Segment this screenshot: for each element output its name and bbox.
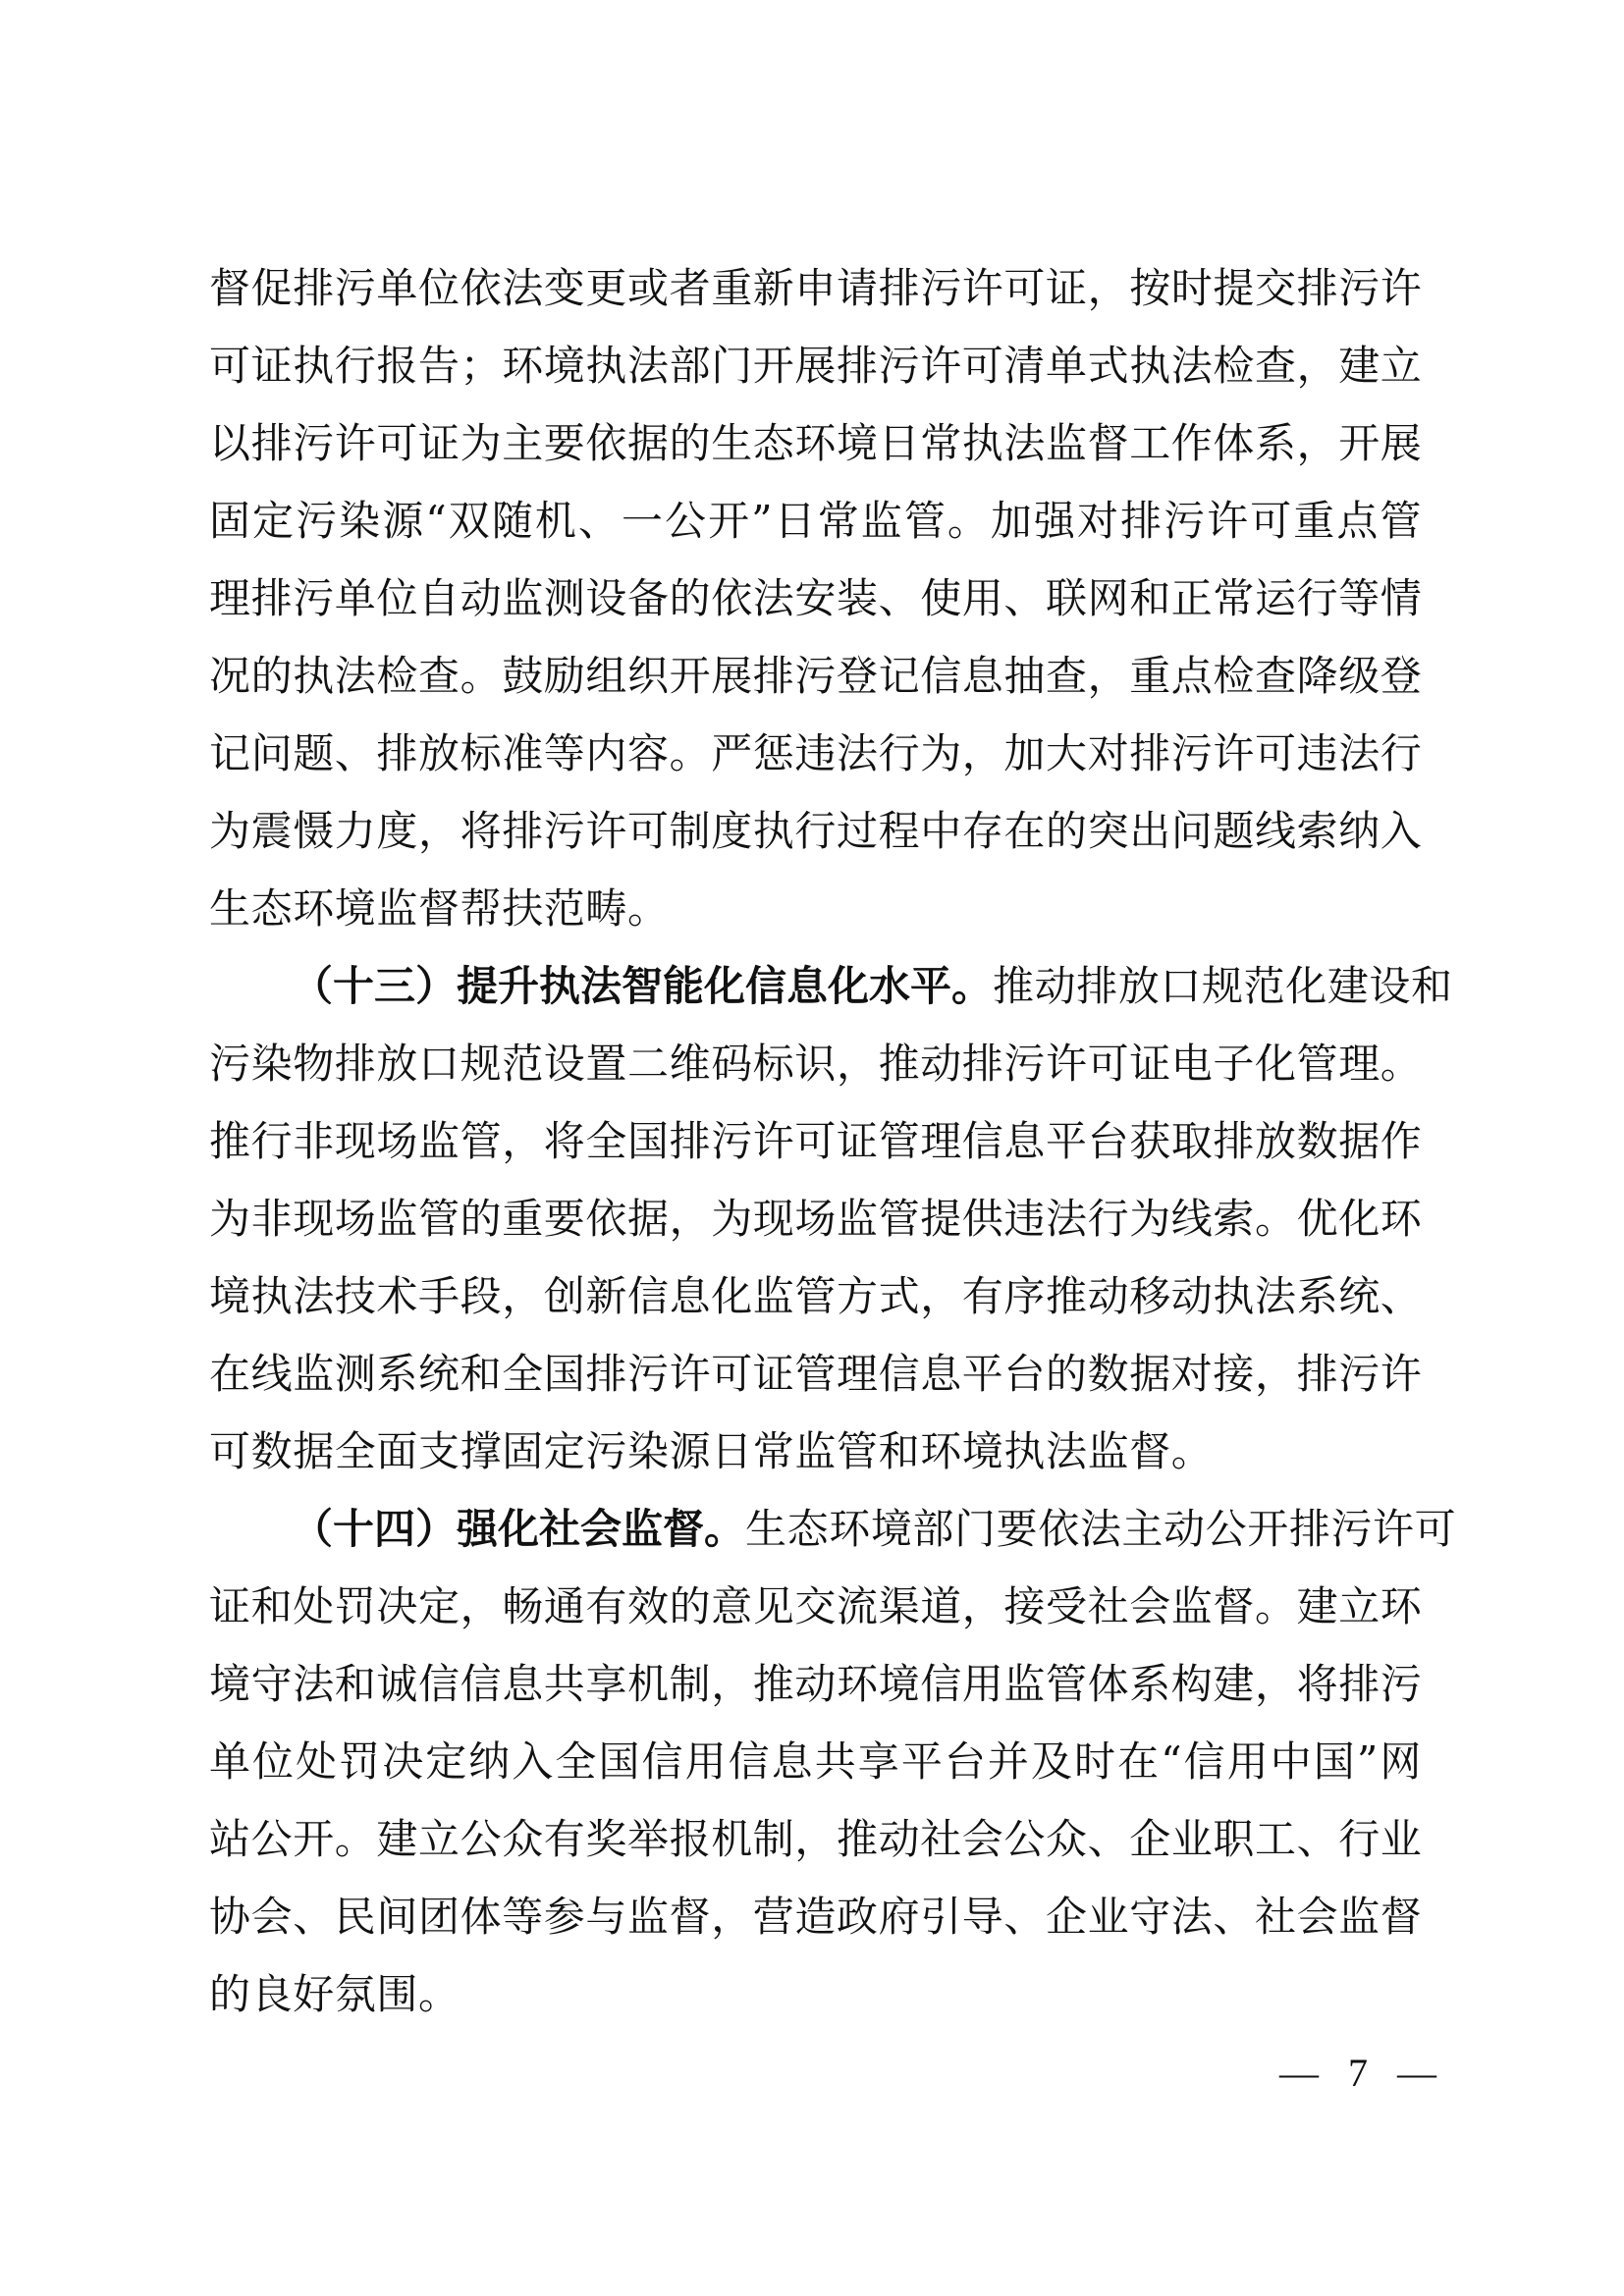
text-line: 理排污单位自动监测设备的依法安装、使用、联网和正常运行等情 [209, 573, 1422, 624]
text-line: 督促排污单位依法变更或者重新申请排污许可证，按时提交排污许 [209, 263, 1422, 314]
text-line: 为震慑力度，将排污许可制度执行过程中存在的突出问题线索纳入 [209, 806, 1422, 857]
text-line: 以排污许可证为主要依据的生态环境日常执法监督工作体系，开展 [209, 418, 1422, 469]
text-line: 固定污染源“双随机、一公开”日常监管。加强对排污许可重点管 [209, 496, 1422, 547]
text-line: 况的执法检查。鼓励组织开展排污登记信息抽查，重点检查降级登 [209, 651, 1422, 702]
section-14-first-line-text: 生态环境部门要依法主动公开排污许可 [745, 1505, 1456, 1553]
text-line: 证和处罚决定，畅通有效的意见交流渠道，接受社会监督。建立环 [209, 1581, 1422, 1632]
page-number: — 7 — [1279, 2049, 1446, 2098]
text-line: 为非现场监管的重要依据，为现场监管提供违法行为线索。优化环 [209, 1194, 1422, 1245]
section-14-heading: （十四）强化社会监督。 [292, 1505, 745, 1553]
text-line: 生态环境监督帮扶范畴。 [209, 883, 1422, 934]
section-13-heading: （十三）提升执法智能化信息化水平。 [292, 962, 993, 1010]
text-line: 站公开。建立公众有奖举报机制，推动社会公众、企业职工、行业 [209, 1814, 1422, 1865]
text-line: 境守法和诚信信息共享机制，推动环境信用监管体系构建，将排污 [209, 1659, 1422, 1710]
text-line: 的良好氛围。 [209, 1969, 1422, 2020]
text-line: 协会、民间团体等参与监督，营造政府引导、企业守法、社会监督 [209, 1892, 1422, 1943]
text-line: 推行非现场监管，将全国排污许可证管理信息平台获取排放数据作 [209, 1116, 1422, 1167]
text-line: 在线监测系统和全国排污许可证管理信息平台的数据对接，排污许 [209, 1349, 1422, 1400]
text-line: 可证执行报告；环境执法部门开展排污许可清单式执法检查，建立 [209, 341, 1422, 392]
section-13-first-line: （十三）提升执法智能化信息化水平。推动排放口规范化建设和 [209, 961, 1422, 1012]
section-14-first-line: （十四）强化社会监督。生态环境部门要依法主动公开排污许可 [209, 1504, 1422, 1555]
document-page: 督促排污单位依法变更或者重新申请排污许可证，按时提交排污许 可证执行报告；环境执… [209, 0, 1422, 2296]
text-line: 污染物排放口规范设置二维码标识，推动排污许可证电子化管理。 [209, 1039, 1422, 1090]
text-line: 可数据全面支撑固定污染源日常监管和环境执法监督。 [209, 1426, 1422, 1477]
text-line: 单位处罚决定纳入全国信用信息共享平台并及时在“信用中国”网 [209, 1736, 1422, 1788]
section-13-first-line-text: 推动排放口规范化建设和 [993, 962, 1453, 1010]
text-line: 境执法技术手段，创新信息化监管方式，有序推动移动执法系统、 [209, 1271, 1422, 1322]
text-line: 记问题、排放标准等内容。严惩违法行为，加大对排污许可违法行 [209, 728, 1422, 779]
